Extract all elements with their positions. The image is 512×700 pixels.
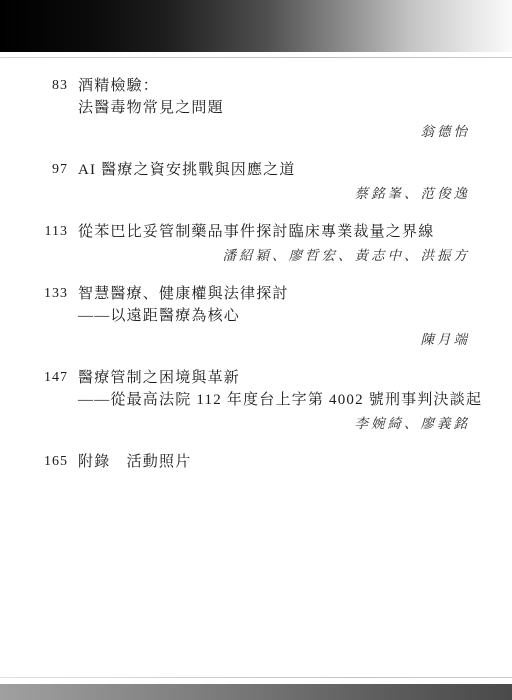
toc-page-number: 97 [0, 159, 68, 181]
toc-title: 酒精檢驗： 法醫毒物常見之問題 [78, 75, 224, 119]
toc-page-number: 165 [0, 451, 68, 473]
toc-entry: 97 AI 醫療之資安挑戰與因應之道 蔡銘峯、范俊逸 [0, 159, 512, 204]
toc-page-number: 113 [0, 221, 68, 243]
toc-title-line: 酒精檢驗： [78, 75, 224, 97]
toc-authors: 翁德怡 [0, 122, 512, 142]
toc-page-number: 83 [0, 75, 68, 97]
toc-entry: 133 智慧醫療、健康權與法律探討 ——以遠距醫療為核心 陳月端 [0, 283, 512, 350]
toc-title-line: AI 醫療之資安挑戰與因應之道 [78, 159, 296, 181]
toc-authors: 蔡銘峯、范俊逸 [0, 184, 512, 204]
toc-entry: 165 附錄 活動照片 [0, 451, 512, 473]
toc-title-line: 法醫毒物常見之問題 [78, 97, 224, 119]
toc-page-number: 147 [0, 367, 68, 389]
toc-entry: 113 從苯巴比妥管制藥品事件探討臨床專業裁量之界線 潘紹穎、廖哲宏、黃志中、洪… [0, 221, 512, 266]
toc-title-line: 附錄 活動照片 [78, 451, 191, 473]
toc-authors: 潘紹穎、廖哲宏、黃志中、洪振方 [0, 246, 512, 266]
bottom-gradient-banner [0, 684, 512, 700]
top-gradient-banner [0, 0, 512, 52]
toc-title-line: ——以遠距醫療為核心 [78, 305, 289, 327]
bottom-divider-line [0, 677, 512, 678]
toc-entry: 147 醫療管制之困境與革新 ——從最高法院 112 年度台上字第 4002 號… [0, 367, 512, 434]
toc-authors: 陳月端 [0, 330, 512, 350]
toc-entry: 83 酒精檢驗： 法醫毒物常見之問題 翁德怡 [0, 75, 512, 142]
toc-title-line: 智慧醫療、健康權與法律探討 [78, 283, 289, 305]
toc-title-line: 從苯巴比妥管制藥品事件探討臨床專業裁量之界線 [78, 221, 434, 243]
toc-title: 從苯巴比妥管制藥品事件探討臨床專業裁量之界線 [78, 221, 434, 243]
toc-title: 智慧醫療、健康權與法律探討 ——以遠距醫療為核心 [78, 283, 289, 327]
toc-title-line: 醫療管制之困境與革新 [78, 367, 482, 389]
toc-page-number: 133 [0, 283, 68, 305]
toc-title: 醫療管制之困境與革新 ——從最高法院 112 年度台上字第 4002 號刑事判決… [78, 367, 482, 411]
toc-authors: 李婉綺、廖義銘 [0, 414, 512, 434]
toc-title: 附錄 活動照片 [78, 451, 191, 473]
toc-title-line: ——從最高法院 112 年度台上字第 4002 號刑事判決談起 [78, 389, 482, 411]
table-of-contents: 83 酒精檢驗： 法醫毒物常見之問題 翁德怡 97 AI 醫療之資安挑戰與因應之… [0, 58, 512, 490]
toc-title: AI 醫療之資安挑戰與因應之道 [78, 159, 296, 181]
